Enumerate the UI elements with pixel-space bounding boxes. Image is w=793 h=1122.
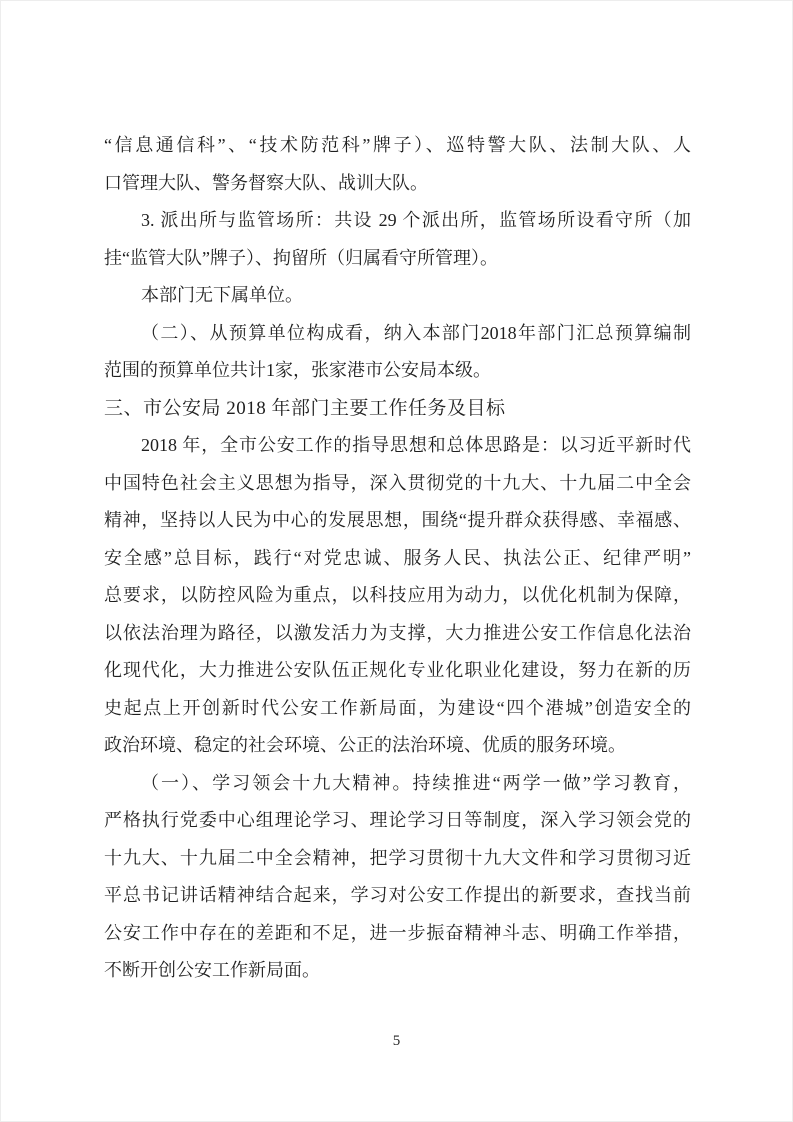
section-heading: 三、市公安局 2018 年部门主要工作任务及目标	[104, 390, 691, 428]
paragraph-line: “信息通信科”、“技术防范科”牌子）、巡特警大队、法制大队、人	[104, 127, 691, 165]
paragraph-line: 范围的预算单位共计1家，张家港市公安局本级。	[104, 352, 691, 390]
paragraph-line: 不断开创公安工作新局面。	[104, 952, 691, 990]
paragraph: （二）、从预算单位构成看，纳入本部门2018年部门汇总预算编制范围的预算单位共计…	[104, 315, 691, 390]
paragraph-line: 公安工作中存在的差距和不足，进一步振奋精神斗志、明确工作举措，	[104, 915, 691, 953]
paragraph-line: 挂“监管大队”牌子）、拘留所（归属看守所管理）。	[104, 240, 691, 278]
paragraph-line: 严格执行党委中心组理论学习、理论学习日等制度，深入学习领会党的	[104, 802, 691, 840]
paragraph-line: 口管理大队、警务督察大队、战训大队。	[104, 165, 691, 203]
paragraph-line: 中国特色社会主义思想为指导，深入贯彻党的十九大、十九届二中全会	[104, 465, 691, 503]
paragraph: 本部门无下属单位。	[104, 277, 691, 315]
paragraph-line: 精神，坚持以人民为中心的发展思想，围绕“提升群众获得感、幸福感、	[104, 502, 691, 540]
paragraph-line: 化现代化，大力推进公安队伍正规化专业化职业化建设，努力在新的历	[104, 652, 691, 690]
paragraph-line: 安全感”总目标，践行“对党忠诚、服务人民、执法公正、纪律严明”	[104, 540, 691, 578]
document-body: “信息通信科”、“技术防范科”牌子）、巡特警大队、法制大队、人口管理大队、警务督…	[104, 127, 691, 990]
paragraph-line: （一）、学习领会十九大精神。持续推进“两学一做”学习教育，	[104, 765, 691, 803]
paragraph-line: 史起点上开创新时代公安工作新局面，为建设“四个港城”创造安全的	[104, 690, 691, 728]
page-number: 5	[393, 1033, 401, 1049]
paragraph-line: 平总书记讲话精神结合起来，学习对公安工作提出的新要求，查找当前	[104, 877, 691, 915]
document-page: “信息通信科”、“技术防范科”牌子）、巡特警大队、法制大队、人口管理大队、警务督…	[0, 0, 793, 1122]
paragraph-line: 以依法治理为路径，以激发活力为支撑，大力推进公安工作信息化法治	[104, 615, 691, 653]
page-footer: 5	[0, 1032, 793, 1050]
paragraph-line: 3. 派出所与监管场所：共设 29 个派出所，监管场所设看守所（加	[104, 202, 691, 240]
paragraph-line: 本部门无下属单位。	[104, 277, 691, 315]
paragraph-line: 2018 年，全市公安工作的指导思想和总体思路是：以习近平新时代	[104, 427, 691, 465]
paragraph: 3. 派出所与监管场所：共设 29 个派出所，监管场所设看守所（加挂“监管大队”…	[104, 202, 691, 277]
paragraph-line: 十九大、十九届二中全会精神，把学习贯彻十九大文件和学习贯彻习近	[104, 840, 691, 878]
paragraph-line: 总要求，以防控风险为重点，以科技应用为动力，以优化机制为保障，	[104, 577, 691, 615]
heading-line: 三、市公安局 2018 年部门主要工作任务及目标	[104, 390, 691, 428]
paragraph: 2018 年，全市公安工作的指导思想和总体思路是：以习近平新时代中国特色社会主义…	[104, 427, 691, 765]
paragraph-line: （二）、从预算单位构成看，纳入本部门2018年部门汇总预算编制	[104, 315, 691, 353]
paragraph-line: 政治环境、稳定的社会环境、公正的法治环境、优质的服务环境。	[104, 727, 691, 765]
paragraph: “信息通信科”、“技术防范科”牌子）、巡特警大队、法制大队、人口管理大队、警务督…	[104, 127, 691, 202]
paragraph: （一）、学习领会十九大精神。持续推进“两学一做”学习教育，严格执行党委中心组理论…	[104, 765, 691, 990]
